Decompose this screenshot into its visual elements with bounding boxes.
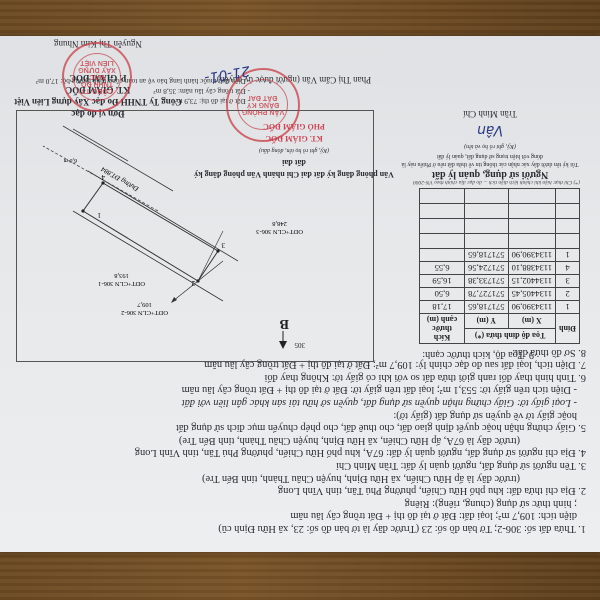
north-arrow-label: B <box>280 315 289 331</box>
registration-office-position1: KT. GIÁM ĐỐC <box>194 132 394 144</box>
item-5-certificate-cont: hoặc giấy tờ về quyền sử dụng đất (giấy … <box>26 408 586 421</box>
item-1-usage-form: ; hình thức sử dụng (chung, riêng): Riên… <box>26 496 586 509</box>
item-5-doc-type: - Loại giấy tờ: Giấy chứng nhận quyền sử… <box>26 395 586 408</box>
coordinates-title: 9. Tọa độ, kích thước cạnh: <box>422 349 534 360</box>
vertex-cell: 3 <box>556 275 580 288</box>
road-width-label: 6,0 m <box>64 157 77 163</box>
y-cell: 571733,38 <box>465 275 509 288</box>
land-user-confirmation: Tôi ký tên dưới đây xác nhận các thông t… <box>400 152 580 168</box>
registration-office-note: (Ký, ghi rõ họ tên, đóng dấu) <box>194 144 394 156</box>
coordinate-row: 21134405,45571727,786,50 <box>420 288 580 301</box>
edge-length-cell: 16,59 <box>420 275 465 288</box>
coordinate-row: 31134402,15571733,3816,59 <box>420 275 580 288</box>
x-cell: 1134388,10 <box>508 262 556 275</box>
item-4-owner-address: 4. Địa chỉ người sử dụng đất, người quản… <box>26 446 586 459</box>
col-y: Y (m) <box>465 314 509 329</box>
item-2-address: 2. Địa chỉ thửa đất: khu phố Hữu Chiến, … <box>26 484 586 497</box>
vertex-cell: 4 <box>556 262 580 275</box>
coordinate-row: 11134390,90571718,65 <box>420 249 580 262</box>
plot-info-section: 1. Thửa đất số: 306-2; Tờ bản đồ số: 23 … <box>26 345 586 534</box>
land-user-note: (Ký, ghi rõ họ và tên) <box>400 140 580 152</box>
y-cell: 571724,56 <box>465 262 509 275</box>
vertex-cell: 1 <box>556 249 580 262</box>
land-user-title: Người sử dụng, quản lý đất <box>400 168 580 180</box>
y-cell: 571727,78 <box>465 288 509 301</box>
y-cell: 571718,65 <box>465 301 509 314</box>
coordinate-row: 41134388,10571724,566,55 <box>420 262 580 275</box>
land-plot-document: 1. Thửa đất số: 306-2; Tờ bản đồ số: 23 … <box>0 36 600 552</box>
item-5-certificate: 5. Giấy chứng nhận hoặc quyết định giao … <box>26 421 586 434</box>
coordinates-table: Đỉnh Tọa độ đỉnh thửa (*) Kích thước cạn… <box>390 179 580 344</box>
col-vertex: Đỉnh <box>556 314 580 344</box>
item-1-area: diện tích: 109,7 m²; loại đất: Đất ở tại… <box>26 509 586 522</box>
x-cell: 1134405,45 <box>508 288 556 301</box>
item-3-owner: 3. Tên người sử dụng đất, người quản lý … <box>26 458 586 471</box>
x-cell: 1134390,90 <box>508 249 556 262</box>
parcel-306-3-label: ODT+CLN 306-3 248,8 <box>256 219 303 235</box>
edge-length-cell <box>420 249 465 262</box>
x-cell: 1134402,15 <box>508 275 556 288</box>
parcel-306-2-label: ODT+CLN 306-2 109,7 <box>121 300 168 316</box>
col-x: X (m) <box>508 314 556 329</box>
edge-length-cell: 17,18 <box>420 301 465 314</box>
x-cell: 1134390,90 <box>508 301 556 314</box>
vertex-label-3: 3 <box>222 241 226 249</box>
col-edge-length: Kích thước cạnh (m) <box>420 314 465 344</box>
vertex-cell: 1 <box>556 301 580 314</box>
item-1-plot-number: 1. Thửa đất số: 306-2; Tờ bản đồ số: 23 … <box>26 521 586 534</box>
edge-length-cell: 6,55 <box>420 262 465 275</box>
registration-office-title: Văn phòng đăng ký đất đai Chi nhánh Văn … <box>194 156 394 180</box>
neighbor-305-label: 305 <box>295 341 306 349</box>
vertex-label-2: 2 <box>192 279 196 287</box>
y-cell: 571718,65 <box>465 249 509 262</box>
item-6-boundary-change: 6. Tình hình thay đổi ranh giới thửa đất… <box>26 370 586 383</box>
coordinate-row: 11134390,90571718,6517,18 <box>420 301 580 314</box>
land-user-name: Trần Minh Chí <box>400 108 580 120</box>
edge-length-cell: 6,50 <box>420 288 465 301</box>
parcel-306-1-label: ODT+CLN 306-1 193,8 <box>98 271 145 287</box>
item-5-doc-area: - Diện tích trên giấy tờ: 553,1 m²; loại… <box>26 383 586 396</box>
item-4-former-owner-address: (trước đây là 67A, ấp Hữu Chiến, xã Hữu … <box>26 433 586 446</box>
land-user-block: Người sử dụng, quản lý đất Tôi ký tên dư… <box>400 108 580 180</box>
survey-company-stamp: CÔNG TY TNHH ĐO ĐẠC XÂY DỰNG LIÊN VIỆT <box>62 42 132 112</box>
vertex-label-1: 1 <box>98 211 102 219</box>
col-group-coords: Tọa độ đỉnh thửa (*) <box>465 329 556 344</box>
land-user-signature: Vân <box>400 124 580 136</box>
vertex-cell: 2 <box>556 288 580 301</box>
item-2-former-address: (trước đây là ấp Hữu Chiến, xã Hữu Định,… <box>26 471 586 484</box>
